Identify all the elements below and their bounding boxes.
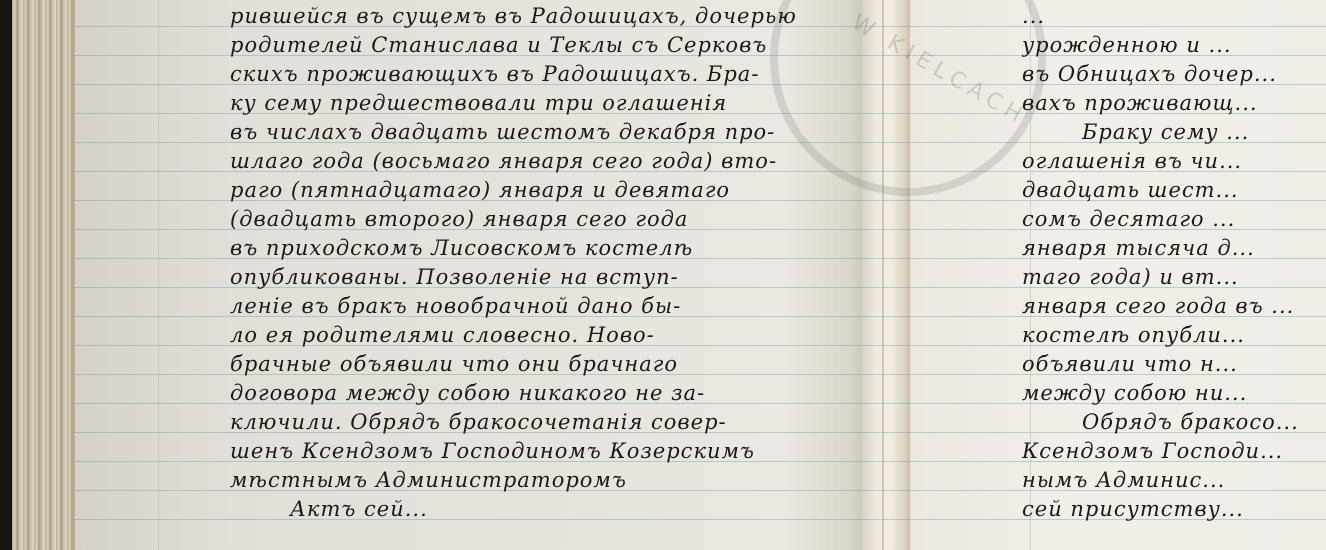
handwritten-line: въ Обницахъ дочер... bbox=[1022, 60, 1326, 89]
handwritten-line: скихъ проживающихъ въ Радошицахъ. Бра- bbox=[230, 60, 860, 89]
handwritten-line: таго года) и вт... bbox=[1022, 263, 1326, 292]
handwritten-line: леніе въ бракъ новобрачной дано бы- bbox=[230, 292, 860, 321]
left-page-handwriting: рившейся въ сущемъ въ Радошицахъ, дочерь… bbox=[230, 2, 860, 524]
handwritten-line: Ксендзомъ Господи... bbox=[1022, 437, 1326, 466]
handwritten-line: договора между собою никакого не за- bbox=[230, 379, 860, 408]
handwritten-line: мѣстнымъ Администраторомъ bbox=[230, 466, 860, 495]
handwritten-line: Актъ сей... bbox=[230, 495, 860, 524]
handwritten-line: объявили что н... bbox=[1022, 350, 1326, 379]
handwritten-line: ло ея родителями словесно. Ново- bbox=[230, 321, 860, 350]
handwritten-line: рившейся въ сущемъ въ Радошицахъ, дочерь… bbox=[230, 2, 860, 31]
ledger-spread: W KIELCACH рившейся въ сущемъ въ Радошиц… bbox=[0, 0, 1326, 550]
handwritten-line: ку сему предшествовали три оглашенія bbox=[230, 89, 860, 118]
handwritten-line: января тысяча д... bbox=[1022, 234, 1326, 263]
handwritten-line: ... bbox=[1022, 2, 1326, 31]
handwritten-line: урожденною и ... bbox=[1022, 31, 1326, 60]
handwritten-line: родителей Станислава и Теклы съ Серковъ bbox=[230, 31, 860, 60]
handwritten-line: Браку сему ... bbox=[1022, 118, 1326, 147]
handwritten-line: сомъ десятаго ... bbox=[1022, 205, 1326, 234]
handwritten-line: двадцать шест... bbox=[1022, 176, 1326, 205]
handwritten-line: сей присутству... bbox=[1022, 495, 1326, 524]
handwritten-line: (двадцать второго) января сего года bbox=[230, 205, 860, 234]
handwritten-line: опубликованы. Позволеніе на вступ- bbox=[230, 263, 860, 292]
handwritten-line: раго (пятнадцатаго) января и девятаго bbox=[230, 176, 860, 205]
right-page-handwriting: ... урожденною и ... въ Обницахъ дочер..… bbox=[1022, 2, 1326, 524]
handwritten-line: ключили. Обрядъ бракосочетанія совер- bbox=[230, 408, 860, 437]
handwritten-line: между собою ни... bbox=[1022, 379, 1326, 408]
book-edge-shadow bbox=[0, 0, 12, 550]
handwritten-line: оглашенія въ чи... bbox=[1022, 147, 1326, 176]
handwritten-line: костелѣ опубли... bbox=[1022, 321, 1326, 350]
handwritten-line: января сего года въ ... bbox=[1022, 292, 1326, 321]
handwritten-line: въ приходскомъ Лисовскомъ костелѣ bbox=[230, 234, 860, 263]
handwritten-line: вахъ проживающ... bbox=[1022, 89, 1326, 118]
handwritten-line: шлаго года (восьмаго января сего года) в… bbox=[230, 147, 860, 176]
handwritten-line: въ числахъ двадцать шестомъ декабря про- bbox=[230, 118, 860, 147]
handwritten-line: брачные объявили что они брачнаго bbox=[230, 350, 860, 379]
handwritten-line: нымъ Админис... bbox=[1022, 466, 1326, 495]
handwritten-line: шенъ Ксендзомъ Господиномъ Козерскимъ bbox=[230, 437, 860, 466]
handwritten-line: Обрядъ бракосо... bbox=[1022, 408, 1326, 437]
page-stack-edges bbox=[12, 0, 74, 550]
